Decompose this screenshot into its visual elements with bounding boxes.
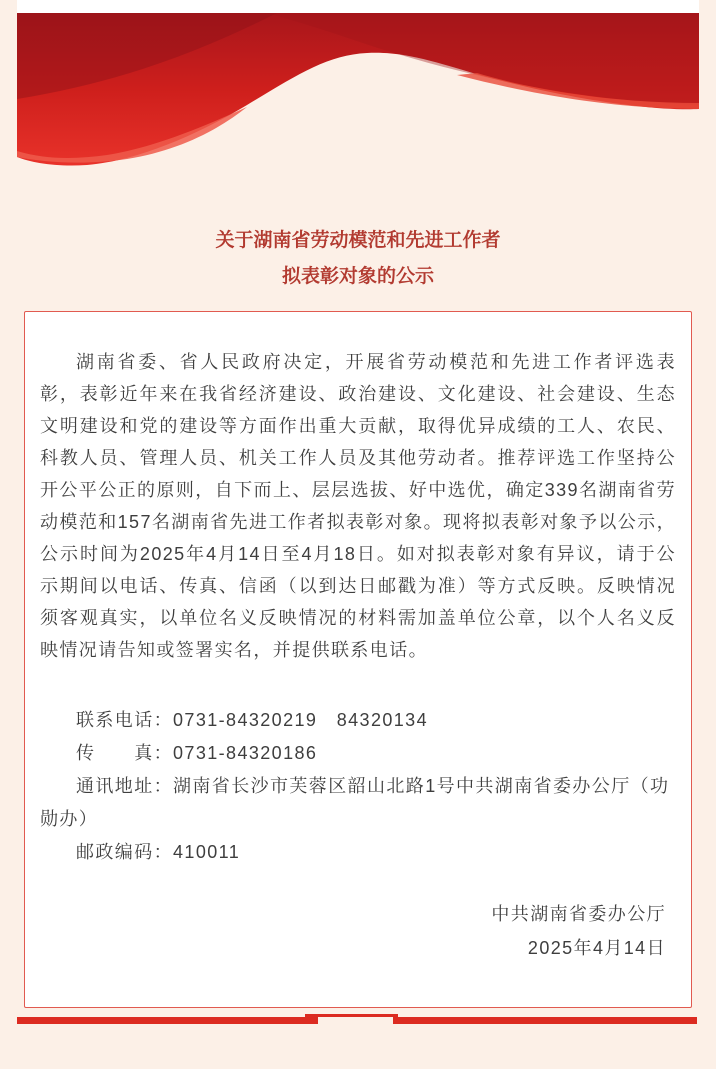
top-white-strip bbox=[17, 0, 699, 13]
page-title-line2: 拟表彰对象的公示 bbox=[17, 259, 699, 295]
bottom-ribbon-divider bbox=[17, 1013, 699, 1025]
contact-phone-line: 联系电话：0731-84320219 84320134 bbox=[40, 704, 676, 737]
signature-org: 中共湖南省委办公厅 bbox=[40, 897, 666, 931]
bottom-spacer bbox=[17, 1025, 699, 1069]
page-title: 关于湖南省劳动模范和先进工作者 拟表彰对象的公示 bbox=[17, 223, 699, 295]
notice-body-paragraph: 湖南省委、省人民政府决定，开展省劳动模范和先进工作者评选表彰，表彰近年来在我省经… bbox=[40, 346, 676, 666]
contact-address-line: 通讯地址：湖南省长沙市芙蓉区韶山北路1号中共湖南省委办公厅（功勋办） bbox=[40, 770, 676, 836]
contact-fax-line: 传 真：0731-84320186 bbox=[40, 737, 676, 770]
ribbon-right-segment bbox=[393, 1017, 697, 1024]
ribbon-middle-notch bbox=[305, 1014, 398, 1017]
announcement-article: 关于湖南省劳动模范和先进工作者 拟表彰对象的公示 湖南省委、省人民政府决定，开展… bbox=[17, 0, 699, 1069]
notice-box: 湖南省委、省人民政府决定，开展省劳动模范和先进工作者评选表彰，表彰近年来在我省经… bbox=[24, 311, 692, 1008]
contact-postcode-line: 邮政编码：410011 bbox=[40, 836, 676, 869]
red-wave-banner bbox=[17, 13, 699, 183]
signature-block: 中共湖南省委办公厅 2025年4月14日 bbox=[40, 897, 676, 965]
signature-date: 2025年4月14日 bbox=[40, 931, 666, 965]
ribbon-left-segment bbox=[17, 1017, 318, 1024]
red-ribbon-icon bbox=[17, 13, 699, 183]
page-title-line1: 关于湖南省劳动模范和先进工作者 bbox=[17, 223, 699, 259]
